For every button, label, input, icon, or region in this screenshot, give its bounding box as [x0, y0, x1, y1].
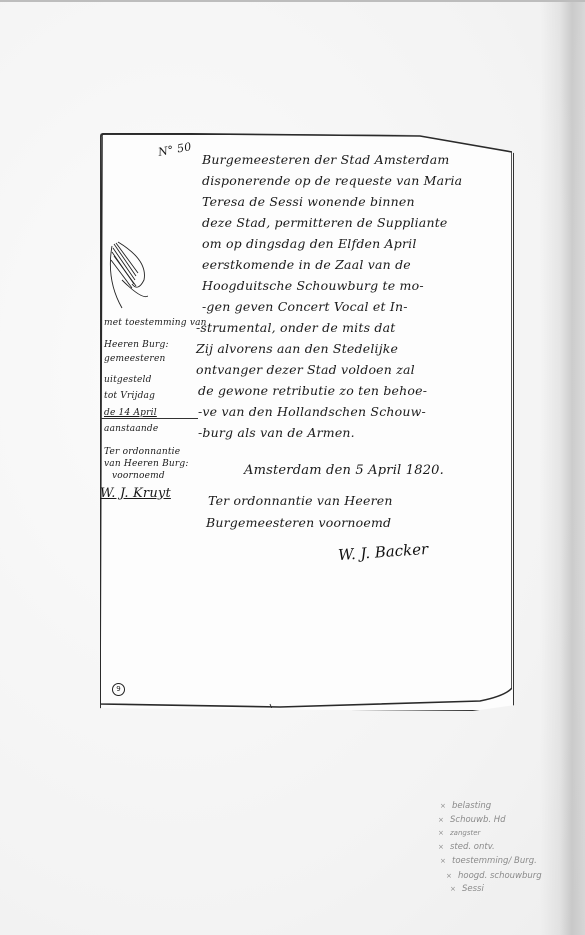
body-line: om op dingsdag den Elfden April — [202, 236, 417, 251]
order-line: Burgemeesteren voornoemd — [206, 515, 391, 530]
pencil-note: ×hoogd. schouwburg — [446, 871, 542, 881]
body-line: -burg als van de Armen. — [198, 425, 355, 440]
body-line: Burgemeesteren der Stad Amsterdam — [202, 152, 449, 167]
margin-note-line: tot Vrijdag — [104, 391, 155, 401]
margin-note-line: uitgesteld — [104, 375, 152, 385]
body-line: -strumental, onder de mits dat — [196, 320, 395, 335]
body-line: deze Stad, permitteren de Suppliante — [202, 215, 448, 230]
page-marker: 9 — [112, 683, 125, 696]
margin-signature: W. J. Kruyt — [100, 486, 171, 501]
pencil-note-text: hoogd. schouwburg — [458, 871, 542, 881]
margin-order-line: voornoemd — [112, 471, 165, 481]
margin-order-line: van Heeren Burg: — [104, 459, 189, 469]
pencil-note-text: Sessi — [462, 884, 484, 894]
body-line: eerstkomende in de Zaal van de — [202, 257, 411, 272]
pencil-note: ×zangster — [438, 829, 480, 837]
pencil-note-text: zangster — [450, 829, 480, 837]
body-line: disponerende op de requeste van Maria — [202, 173, 462, 188]
pencil-note: ×belasting — [440, 801, 491, 811]
order-line: Ter ordonnantie van Heeren — [208, 493, 393, 508]
body-line: -gen geven Concert Vocal et In- — [202, 299, 408, 314]
margin-note-line: met toestemming van — [104, 318, 207, 328]
pencil-note-text: sted. ontv. — [450, 842, 495, 852]
body-line: Zij alvorens aan den Stedelijke — [196, 341, 398, 356]
pencil-note-text: Schouwb. Hd — [450, 815, 506, 825]
pencil-note-text: toestemming/ Burg. — [452, 856, 537, 866]
pencil-note: ×toestemming/ Burg. — [440, 856, 537, 866]
pencil-note: ×Schouwb. Hd — [438, 815, 506, 825]
margin-note-line: aanstaande — [104, 424, 158, 434]
margin-note-line: de 14 April — [104, 408, 157, 418]
margin-divider — [100, 418, 198, 419]
body-line: ontvanger dezer Stad voldoen zal — [196, 362, 415, 377]
pencil-note-text: belasting — [452, 801, 491, 811]
margin-order-line: Ter ordonnantie — [104, 447, 180, 457]
pencil-note: ×sted. ontv. — [438, 842, 495, 852]
body-line: Hoogduitsche Schouwburg te mo- — [202, 278, 424, 293]
margin-note-line: Heeren Burg: — [104, 340, 169, 350]
date-line: Amsterdam den 5 April 1820. — [244, 463, 444, 478]
flourish-stamp-icon — [108, 240, 148, 310]
margin-note-line: gemeesteren — [104, 354, 165, 364]
body-line: -ve van den Hollandschen Schouw- — [198, 404, 426, 419]
body-line: Teresa de Sessi wonende binnen — [202, 194, 415, 209]
pencil-note: ×Sessi — [450, 884, 484, 894]
body-line: de gewone retributie zo ten behoe- — [198, 383, 427, 398]
